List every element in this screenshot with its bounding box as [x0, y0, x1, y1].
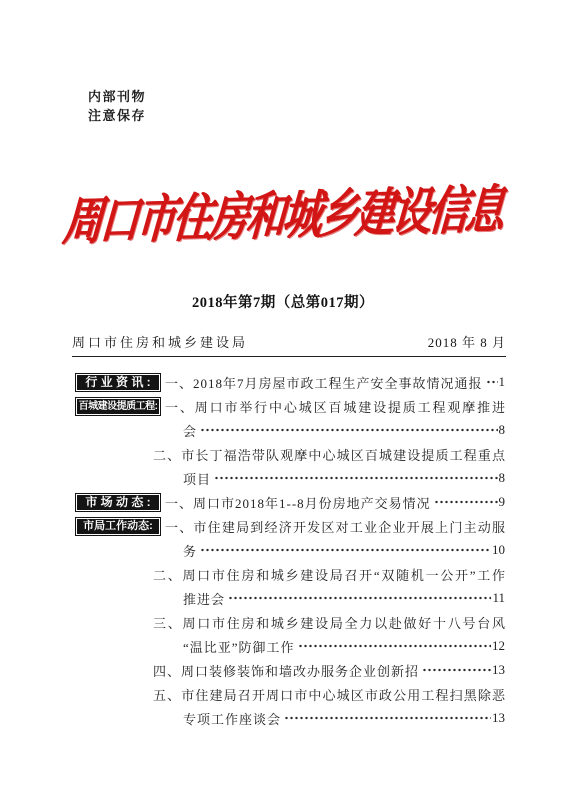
- corner-note-line1: 内部刊物: [88, 87, 146, 106]
- toc-line: 项目 8: [75, 466, 505, 490]
- section-label: 百城建设提质工程:: [75, 397, 161, 416]
- page-number: 13: [492, 662, 505, 678]
- toc-line: 推进会 11: [75, 586, 505, 610]
- toc-item-text: 一、周口市2018年1--8月份房地产交易情况: [165, 493, 431, 512]
- toc-line: 五、市住建局召开周口市中心城区市政公用工程扫黑除恶: [75, 682, 505, 706]
- toc-item-text: 务: [183, 541, 197, 560]
- toc-line: “温比亚”防御工作 12: [75, 634, 505, 658]
- toc-item-text: 会: [183, 421, 197, 440]
- toc-item-text: 推进会: [183, 589, 225, 608]
- toc-line: 市局工作动态: 一、市住建局到经济开发区对工业企业开展上门主动服: [75, 514, 505, 538]
- dot-leader: [421, 664, 491, 676]
- toc-line: 四、周口装修装饰和墙改办服务企业创新招 13: [75, 658, 505, 682]
- toc-line: 百城建设提质工程: 一、周口市举行中心城区百城建设提质工程观摩推进: [75, 394, 505, 418]
- toc-item-text: 四、周口装修装饰和墙改办服务企业创新招: [153, 661, 419, 680]
- toc-item-text: 三、周口市住房和城乡建设局全力以赴做好十八号台风: [153, 613, 505, 631]
- toc-item-text: “温比亚”防御工作: [183, 637, 295, 656]
- publisher-name: 周口市住房和城乡建设局: [72, 332, 248, 351]
- page-number: 11: [492, 590, 505, 606]
- toc-item-text: 五、市住建局召开周口市中心城区市政公用工程扫黑除恶: [153, 685, 505, 703]
- publisher-row: 周口市住房和城乡建设局 2018 年 8 月: [72, 332, 506, 357]
- masthead: 周口市住房和城乡建设信息: [0, 168, 566, 256]
- toc-line: 二、周口市住房和城乡建设局召开“双随机一公开”工作: [75, 562, 505, 586]
- masthead-title: 周口市住房和城乡建设信息: [60, 169, 505, 255]
- dot-leader: [213, 472, 497, 484]
- toc-item-text: 专项工作座谈会: [183, 709, 281, 728]
- toc-line: 市 场 动 态 : 一、周口市2018年1--8月份房地产交易情况 9: [75, 490, 505, 514]
- page-number: 8: [499, 470, 506, 486]
- dot-leader: [433, 496, 498, 508]
- corner-note: 内部刊物 注意保存: [88, 87, 146, 125]
- dot-leader: [199, 544, 491, 556]
- toc: 行 业 资 讯 : 一、2018年7月房屋市政工程生产安全事故情况通报 1 百城…: [75, 370, 505, 730]
- corner-note-line2: 注意保存: [88, 106, 146, 125]
- page-number: 12: [492, 638, 505, 654]
- section-label: 市 场 动 态 :: [75, 493, 161, 512]
- section-label: 市局工作动态:: [75, 517, 161, 536]
- page: 内部刊物 注意保存 周口市住房和城乡建设信息 2018年第7期（总第017期） …: [0, 0, 566, 800]
- page-number: 10: [492, 542, 505, 558]
- toc-item-text: 一、市住建局到经济开发区对工业企业开展上门主动服: [165, 517, 505, 535]
- toc-item-text: 项目: [183, 469, 211, 488]
- toc-line: 三、周口市住房和城乡建设局全力以赴做好十八号台风: [75, 610, 505, 634]
- toc-line: 专项工作座谈会 13: [75, 706, 505, 730]
- toc-item-text: 一、周口市举行中心城区百城建设提质工程观摩推进: [165, 397, 505, 415]
- dot-leader: [227, 592, 491, 604]
- toc-item-text: 二、周口市住房和城乡建设局召开“双随机一公开”工作: [153, 565, 505, 583]
- dot-leader: [199, 424, 497, 436]
- page-number: 9: [499, 494, 506, 510]
- toc-item-text: 二、市长丁福浩带队观摩中心城区百城建设提质工程重点: [153, 445, 505, 463]
- toc-line: 行 业 资 讯 : 一、2018年7月房屋市政工程生产安全事故情况通报 1: [75, 370, 505, 394]
- toc-line: 二、市长丁福浩带队观摩中心城区百城建设提质工程重点: [75, 442, 505, 466]
- toc-line: 务 10: [75, 538, 505, 562]
- dot-leader: [297, 640, 491, 652]
- dot-leader: [283, 712, 491, 724]
- dot-leader: [485, 376, 498, 388]
- page-number: 13: [492, 710, 505, 726]
- toc-line: 会 8: [75, 418, 505, 442]
- toc-item-text: 一、2018年7月房屋市政工程生产安全事故情况通报: [165, 373, 483, 392]
- publish-date: 2018 年 8 月: [428, 332, 506, 351]
- issue-line: 2018年第7期（总第017期）: [0, 291, 566, 312]
- section-label: 行 业 资 讯 :: [75, 373, 161, 392]
- page-number: 8: [499, 422, 506, 438]
- page-number: 1: [499, 374, 506, 390]
